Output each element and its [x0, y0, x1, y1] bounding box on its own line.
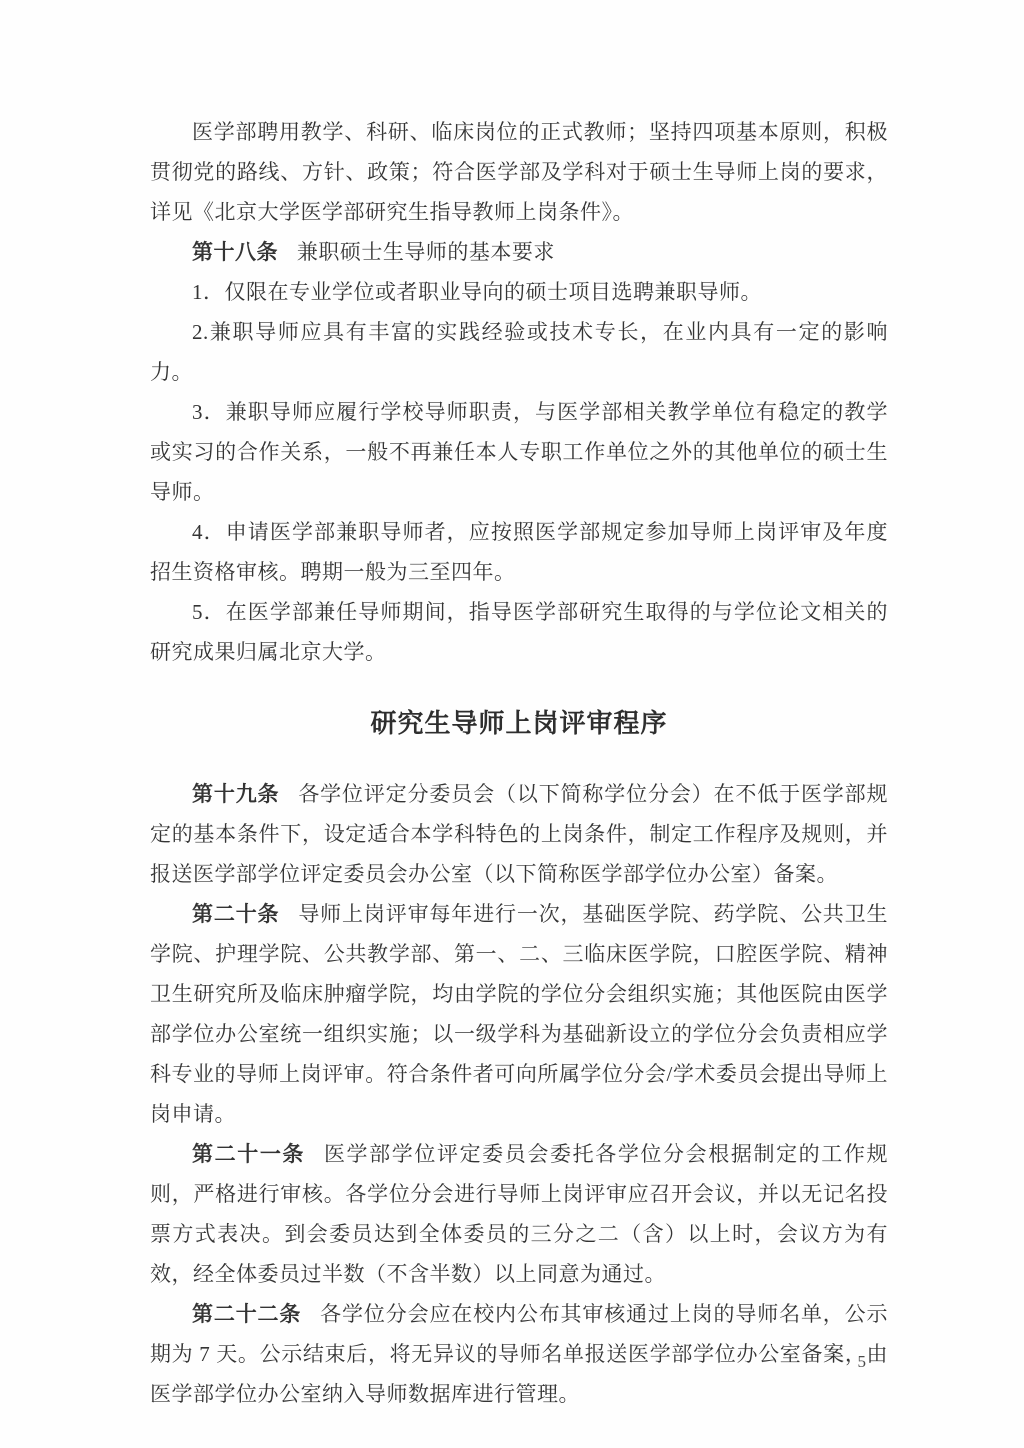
- document-content: 医学部聘用教学、科研、临床岗位的正式教师；坚持四项基本原则，积极贯彻党的路线、方…: [150, 112, 888, 1414]
- paragraph-text: 1．仅限在专业学位或者职业导向的硕士项目选聘兼职导师。: [192, 280, 762, 304]
- paragraph-item-1: 1．仅限在专业学位或者职业导向的硕士项目选聘兼职导师。: [150, 272, 888, 312]
- paragraph-text: 兼职硕士生导师的基本要求: [297, 240, 555, 264]
- paragraph-article-18: 第十八条兼职硕士生导师的基本要求: [150, 232, 888, 272]
- article-number: 第十九条: [192, 782, 279, 806]
- document-page: 医学部聘用教学、科研、临床岗位的正式教师；坚持四项基本原则，积极贯彻党的路线、方…: [0, 0, 1024, 1448]
- page-number: 5: [858, 1352, 867, 1372]
- paragraph-article-21: 第二十一条医学部学位评定委员会委托各学位分会根据制定的工作规则，严格进行审核。各…: [150, 1134, 888, 1294]
- article-number: 第二十二条: [192, 1302, 301, 1326]
- paragraph-item-2: 2.兼职导师应具有丰富的实践经验或技术专长，在业内具有一定的影响力。: [150, 312, 888, 392]
- paragraph-article-19: 第十九条各学位评定分委员会（以下简称学位分会）在不低于医学部规定的基本条件下，设…: [150, 774, 888, 894]
- paragraph-text: 4．申请医学部兼职导师者，应按照医学部规定参加导师上岗评审及年度招生资格审核。聘…: [150, 520, 888, 584]
- article-number: 第二十一条: [192, 1142, 305, 1166]
- paragraph-text: 2.兼职导师应具有丰富的实践经验或技术专长，在业内具有一定的影响力。: [150, 320, 888, 384]
- paragraph-intro: 医学部聘用教学、科研、临床岗位的正式教师；坚持四项基本原则，积极贯彻党的路线、方…: [150, 112, 888, 232]
- paragraph-article-20: 第二十条导师上岗评审每年进行一次，基础医学院、药学院、公共卫生学院、护理学院、公…: [150, 894, 888, 1134]
- article-number: 第二十条: [192, 902, 279, 926]
- paragraph-text: 5．在医学部兼任导师期间，指导医学部研究生取得的与学位论文相关的研究成果归属北京…: [150, 600, 888, 664]
- paragraph-text: 3．兼职导师应履行学校导师职责，与医学部相关教学单位有稳定的教学或实习的合作关系…: [150, 400, 888, 504]
- paragraph-item-3: 3．兼职导师应履行学校导师职责，与医学部相关教学单位有稳定的教学或实习的合作关系…: [150, 392, 888, 512]
- paragraph-item-5: 5．在医学部兼任导师期间，指导医学部研究生取得的与学位论文相关的研究成果归属北京…: [150, 592, 888, 672]
- paragraph-item-4: 4．申请医学部兼职导师者，应按照医学部规定参加导师上岗评审及年度招生资格审核。聘…: [150, 512, 888, 592]
- article-number: 第十八条: [192, 240, 278, 264]
- paragraph-article-22: 第二十二条各学位分会应在校内公布其审核通过上岗的导师名单，公示期为 7 天。公示…: [150, 1294, 888, 1414]
- section-heading: 研究生导师上岗评审程序: [150, 672, 888, 774]
- paragraph-text: 导师上岗评审每年进行一次，基础医学院、药学院、公共卫生学院、护理学院、公共教学部…: [150, 902, 888, 1126]
- paragraph-text: 医学部聘用教学、科研、临床岗位的正式教师；坚持四项基本原则，积极贯彻党的路线、方…: [150, 120, 888, 224]
